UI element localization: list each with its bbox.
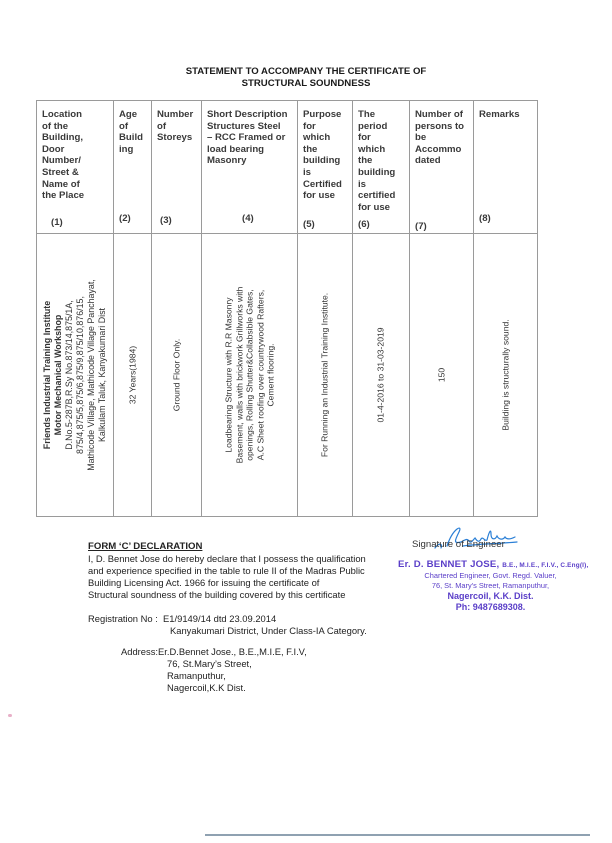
address-line: 76, St.Mary’s Street, — [121, 658, 307, 670]
header-label-line: the — [303, 144, 350, 156]
declaration-line: and experience specified in the table to… — [88, 565, 366, 577]
header-label-line: Build — [119, 132, 149, 144]
declaration-line: I, D. Bennet Jose do hereby declare that… — [88, 553, 366, 565]
header-label-line: for — [303, 121, 350, 133]
header-label: NumberofStoreys — [157, 109, 199, 144]
header-label-line: Location — [42, 109, 111, 121]
header-label-line: dated — [415, 155, 471, 167]
cell-age: 32 Years(1984) — [114, 234, 152, 517]
stamp-line: Chartered Engineer, Govt. Regd. Valuer, — [398, 571, 583, 581]
header-label-line: ing — [119, 144, 149, 156]
form-c-declaration: FORM ‘C’ DECLARATION I, D. Bennet Jose d… — [88, 541, 366, 601]
scan-artifact — [8, 714, 12, 717]
location-line: D.No.5-287B,R.Sy No.873/14,875/1A, — [64, 279, 75, 471]
header-persons: Number ofpersons tobeAccommodated (7) — [410, 101, 474, 234]
address-block: Address:Er.D.Bennet Jose., B.E.,M.I.E, F… — [121, 646, 307, 694]
description-text: Loadbearing Structure with R.R Masonry B… — [223, 287, 276, 464]
period-value: 01-4-2016 to 31-03-2019 — [376, 327, 387, 422]
header-label: Short DescriptionStructures Steel– RCC F… — [207, 109, 295, 167]
registration-label: Registration No : — [88, 613, 158, 624]
location-text: Friends Industrial Training Institute Mo… — [42, 279, 108, 471]
address-line: Er.D.Bennet Jose., B.E.,M.I.E, F.I.V, — [158, 646, 307, 657]
header-label-line: for — [358, 132, 407, 144]
description-line: Loadbearing Structure with R.R Masonry — [223, 287, 234, 464]
header-number: (7) — [415, 221, 427, 232]
stamp-line: Nagercoil, K.K. Dist. — [398, 591, 583, 602]
cell-location: Friends Industrial Training Institute Mo… — [37, 234, 114, 517]
header-label-line: building — [358, 167, 407, 179]
header-label-line: period — [358, 121, 407, 133]
header-label: Locationof theBuilding,DoorNumber/Street… — [42, 109, 111, 202]
header-label-line: Purpose — [303, 109, 350, 121]
header-label-line: Name of — [42, 179, 111, 191]
header-number: (5) — [303, 219, 315, 230]
title-line-1: STATEMENT TO ACCOMPANY THE CERTIFICATE O… — [0, 66, 612, 78]
header-number: (2) — [119, 213, 131, 224]
header-label-line: of — [157, 121, 199, 133]
header-label-line: persons to — [415, 121, 471, 133]
document-title: STATEMENT TO ACCOMPANY THE CERTIFICATE O… — [0, 66, 612, 90]
structural-soundness-table: Locationof theBuilding,DoorNumber/Street… — [36, 100, 538, 517]
header-label: PurposeforwhichthebuildingisCertifiedfor… — [303, 109, 350, 202]
header-label-line: Short Description — [207, 109, 295, 121]
persons-value: 150 — [436, 368, 447, 382]
header-number: (8) — [479, 213, 491, 224]
cell-persons: 150 — [410, 234, 474, 517]
address-line: Ramanputhur, — [121, 670, 307, 682]
registration-block: Registration No : E1/9149/14 dtd 23.09.2… — [88, 613, 367, 637]
declaration-line: Structural soundness of the building cov… — [88, 589, 366, 601]
cell-description: Loadbearing Structure with R.R Masonry B… — [202, 234, 298, 517]
header-age: AgeofBuilding (2) — [114, 101, 152, 234]
header-label-line: the Place — [42, 190, 111, 202]
cell-remarks: Building is structurally sound. — [474, 234, 538, 517]
header-label-line: Building, — [42, 132, 111, 144]
storeys-value: Ground Floor Only. — [171, 339, 182, 411]
address-line: Nagercoil,K.K Dist. — [121, 682, 307, 694]
header-label-line: – RCC Framed or — [207, 132, 295, 144]
declaration-title: FORM ‘C’ DECLARATION — [88, 541, 366, 553]
registration-category: Kanyakumari District, Under Class-IA Cat… — [88, 625, 367, 637]
header-label-line: Certified — [303, 179, 350, 191]
cell-purpose: For Running an Industrial Training Insti… — [298, 234, 353, 517]
cell-storeys: Ground Floor Only. — [152, 234, 202, 517]
header-label-line: load bearing — [207, 144, 295, 156]
location-line: Kalkulam Taluk, Kanyakumari Dist — [97, 279, 108, 471]
header-number: (6) — [358, 219, 370, 230]
header-label-line: of the — [42, 121, 111, 133]
header-label-line: which — [303, 132, 350, 144]
header-number: (1) — [51, 217, 63, 228]
location-line: Mathicode Village, Mathicode Village Pan… — [86, 279, 97, 471]
header-label-line: of — [119, 121, 149, 133]
header-label-line: Accommo — [415, 144, 471, 156]
header-label-line: for use — [303, 190, 350, 202]
header-description: Short DescriptionStructures Steel– RCC F… — [202, 101, 298, 234]
header-label-line: Remarks — [479, 109, 535, 121]
stamp-phone: Ph: 9487689308. — [398, 602, 583, 613]
header-remarks: Remarks (8) — [474, 101, 538, 234]
description-line: openings, Rolling Shutter&Collabsible Ga… — [244, 287, 255, 464]
purpose-value: For Running an Industrial Training Insti… — [320, 293, 331, 457]
description-line: Cement flooring. — [265, 287, 276, 464]
header-label: Number ofpersons tobeAccommodated — [415, 109, 471, 167]
header-label-line: Masonry — [207, 155, 295, 167]
header-label-line: certified — [358, 190, 407, 202]
table-header-row: Locationof theBuilding,DoorNumber/Street… — [37, 101, 538, 234]
declaration-line: Building Licensing Act. 1966 for issuing… — [88, 577, 366, 589]
remarks-value: Building is structurally sound. — [500, 319, 511, 430]
location-line: 875/4,875/5,875/6,875/9,875/10,876/15, — [75, 279, 86, 471]
header-label: AgeofBuilding — [119, 109, 149, 155]
header-purpose: PurposeforwhichthebuildingisCertifiedfor… — [298, 101, 353, 234]
age-value: 32 Years(1984) — [127, 346, 138, 404]
header-label-line: the — [358, 155, 407, 167]
header-label-line: Structures Steel — [207, 121, 295, 133]
header-label-line: which — [358, 144, 407, 156]
address-label: Address: — [121, 646, 158, 657]
stamp-name: Er. D. BENNET JOSE, — [398, 559, 499, 570]
header-number: (3) — [160, 215, 172, 226]
header-label-line: building — [303, 155, 350, 167]
header-label-line: Number of — [415, 109, 471, 121]
header-label: Theperiodforwhichthebuildingiscertifiedf… — [358, 109, 407, 213]
bottom-rule-divider — [205, 834, 590, 836]
header-label-line: Number/ — [42, 155, 111, 167]
table-row: Friends Industrial Training Institute Mo… — [37, 234, 538, 517]
header-label-line: be — [415, 132, 471, 144]
description-line: A.C Sheet roofing over countrywood Rafte… — [255, 287, 266, 464]
header-label-line: Age — [119, 109, 149, 121]
header-label-line: is — [358, 179, 407, 191]
registration-number: E1/9149/14 dtd 23.09.2014 — [163, 613, 276, 624]
header-period: Theperiodforwhichthebuildingiscertifiedf… — [353, 101, 410, 234]
cell-period: 01-4-2016 to 31-03-2019 — [353, 234, 410, 517]
institute-name: Friends Industrial Training Institute — [42, 279, 53, 471]
engineer-stamp: Er. D. BENNET JOSE, B.E., M.I.E., F.I.V.… — [398, 559, 583, 613]
header-label-line: Number — [157, 109, 199, 121]
header-number: (4) — [242, 213, 254, 224]
title-line-2: STRUCTURAL SOUNDNESS — [0, 78, 612, 90]
description-line: Basement, walls with brickwork Grillwork… — [234, 287, 245, 464]
stamp-line: 76, St. Mary's Street, Ramanputhur, — [398, 581, 583, 591]
header-label-line: The — [358, 109, 407, 121]
header-location: Locationof theBuilding,DoorNumber/Street… — [37, 101, 114, 234]
header-label-line: Storeys — [157, 132, 199, 144]
workshop-name: Motor Mechanical Workshop — [53, 279, 64, 471]
header-storeys: NumberofStoreys (3) — [152, 101, 202, 234]
header-label-line: Door — [42, 144, 111, 156]
signature-label: Signature of Engineer — [412, 539, 505, 550]
header-label-line: is — [303, 167, 350, 179]
header-label: Remarks — [479, 109, 535, 121]
header-label-line: Street & — [42, 167, 111, 179]
header-label-line: for use — [358, 202, 407, 214]
stamp-qualifications: B.E., M.I.E., F.I.V., C.Eng(I), — [502, 562, 588, 569]
